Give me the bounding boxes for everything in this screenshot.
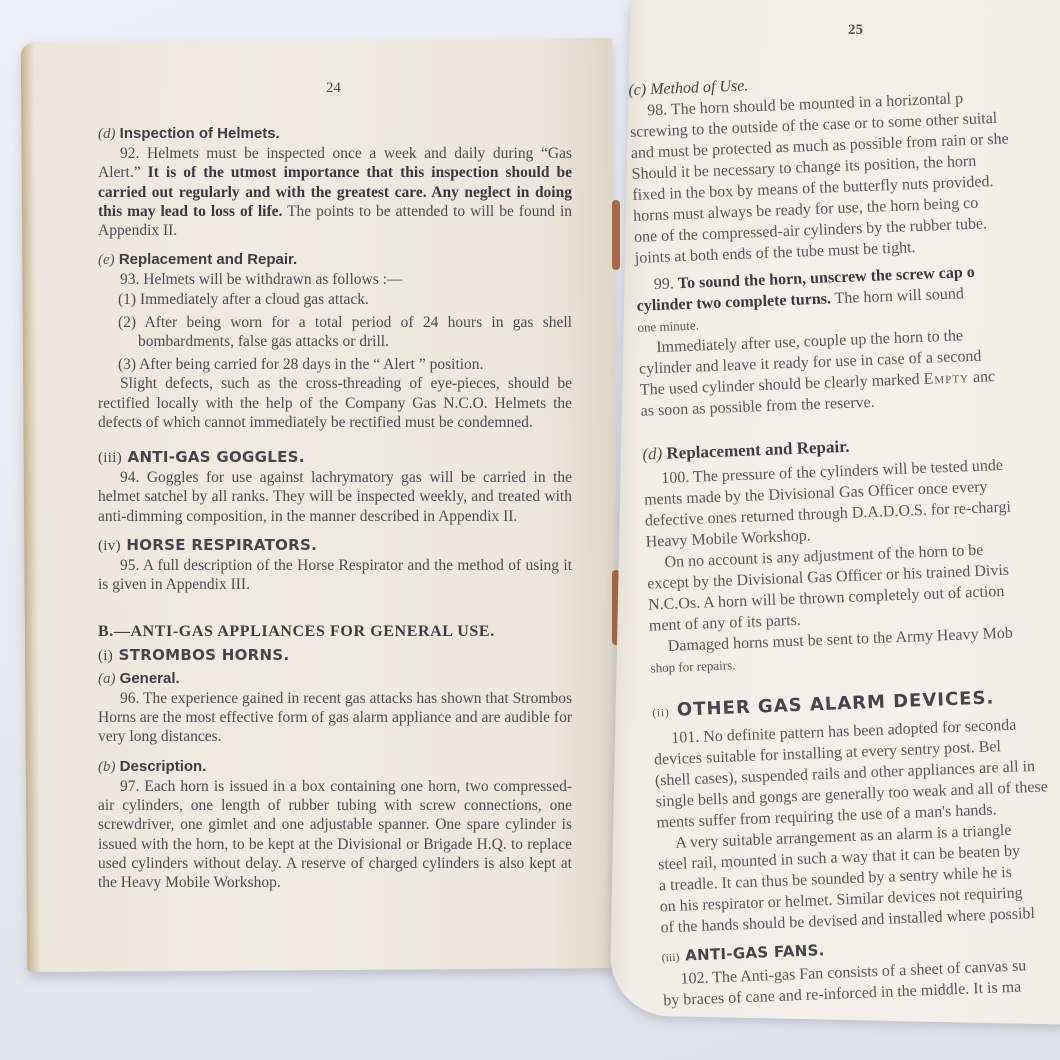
section-heading-goggles: (iii) ANTI-GAS GOGGLES. [98,448,572,468]
page-number-right: 25 [848,22,863,39]
right-page-text: (c) Method of Use. 98. The horn should b… [628,62,1060,1012]
list-item-3: (3) After being carried for 28 days in t… [98,355,572,374]
page-number-left: 24 [326,80,341,97]
section-heading-description: (b) Description. [98,757,572,777]
part-b-heading: B.—ANTI-GAS APPLIANCES FOR GENERAL USE. [98,622,572,641]
para-95: 95. A full description of the Horse Resp… [98,556,572,594]
para-96: 96. The experience gained in recent gas … [98,689,572,747]
para-92: 92. Helmets must be inspected once a wee… [98,144,572,240]
section-heading-replacement: (e) Replacement and Repair. [98,250,572,270]
section-heading-general: (a) General. [98,669,572,689]
para-97: 97. Each horn is issued in a box contain… [98,777,572,892]
binding-rust-stain [612,200,620,270]
section-heading-inspection: (d) Inspection of Helmets. [98,124,572,144]
section-heading-horse-respirators: (iv) HORSE RESPIRATORS. [98,536,572,556]
list-item-1: (1) Immediately after a cloud gas attack… [98,290,572,309]
para-93: 93. Helmets will be withdrawn as follows… [98,270,572,289]
para-defects: Slight defects, such as the cross-thread… [98,374,572,432]
section-heading-strombos: (i) STROMBOS HORNS. [98,646,572,666]
para-94: 94. Goggles for use against lachrymatory… [98,468,572,526]
list-item-2: (2) After being worn for a total period … [98,313,572,351]
left-page-text: (d) Inspection of Helmets. 92. Helmets m… [98,124,572,892]
